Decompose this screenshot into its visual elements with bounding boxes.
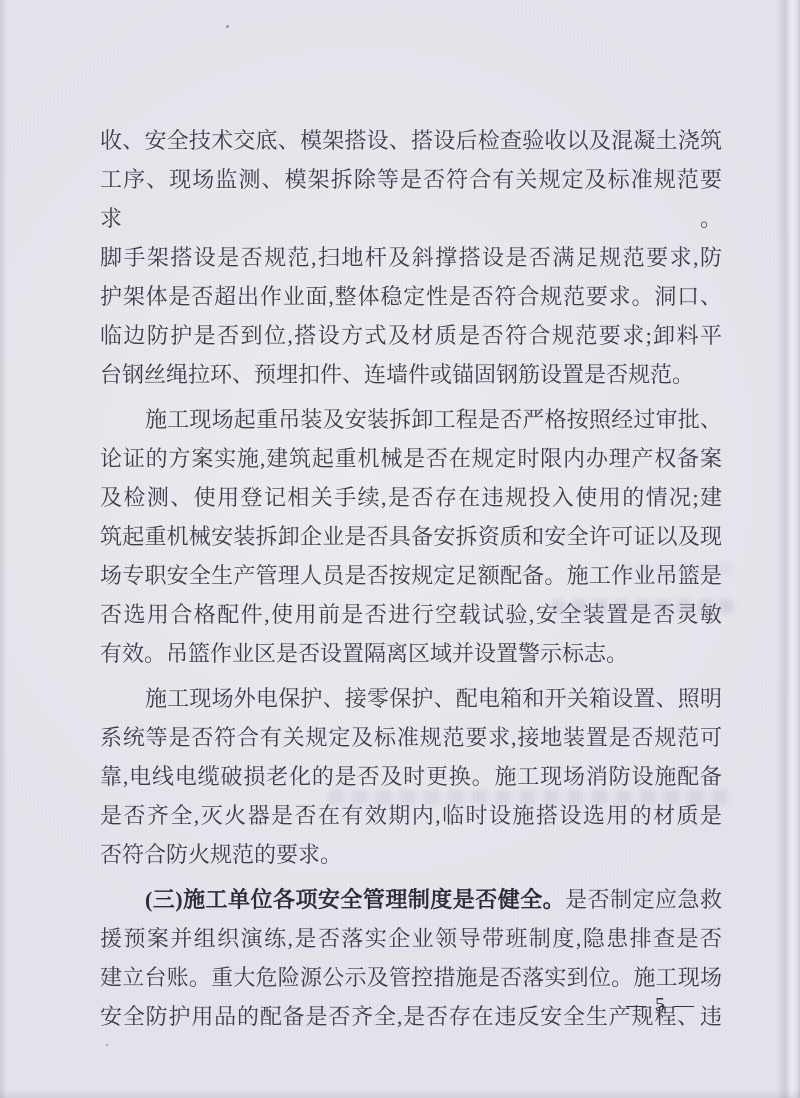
page-edge-shadow-left xyxy=(0,0,7,1098)
paragraph: 施工现场外电保护、接零保护、配电箱和开关箱设置、照明系统等是否符合有关规定及标准… xyxy=(100,679,722,874)
page-edge-shadow-right xyxy=(776,0,800,1098)
body-text: 台钢丝绳拉环、预埋扣件、连墙件或锚固钢筋设置是否规范。 xyxy=(100,362,694,387)
body-text: 临边防护是否到位,搭设方式及材质是否符合规范要求;卸料平 xyxy=(100,323,722,348)
paragraph: 收、安全技术交底、模架搭设、搭设后检查验收以及混凝土浇筑工序、现场监测、模架拆除… xyxy=(100,121,722,394)
text-line: 建立台账。重大危险源公示及管控措施是否落实到位。施工现场 xyxy=(100,958,722,997)
body-text: 脚手架搭设是否规范,扫地杆及斜撑搭设是否满足规范要求,防 xyxy=(100,245,722,270)
document-body: 收、安全技术交底、模架搭设、搭设后检查验收以及混凝土浇筑工序、现场监测、模架拆除… xyxy=(100,121,722,1036)
text-line: 临边防护是否到位,搭设方式及材质是否符合规范要求;卸料平 xyxy=(100,316,722,355)
body-text: 否符合防火规范的要求。 xyxy=(100,842,342,867)
body-text: 靠,电线电缆破损老化的是否及时更换。施工现场消防设施配备 xyxy=(100,764,722,789)
text-line: 及检测、使用登记相关手续,是否存在违规投入使用的情况;建 xyxy=(100,478,722,517)
text-line: 台钢丝绳拉环、预埋扣件、连墙件或锚固钢筋设置是否规范。 xyxy=(100,355,722,394)
text-line: 场专职安全生产管理人员是否按规定足额配备。施工作业吊篮是 xyxy=(100,556,722,595)
text-line: 筑起重机械安装拆卸企业是否具备安拆资质和安全许可证以及现 xyxy=(100,517,722,556)
text-line: 有效。吊篮作业区是否设置隔离区域并设置警示标志。 xyxy=(100,634,722,673)
text-line: 论证的方案实施,建筑起重机械是否在规定时限内办理产权备案 xyxy=(100,439,722,478)
body-text: 援预案并组织演练,是否落实企业领导带班制度,隐患排查是否 xyxy=(100,926,722,951)
body-text: 系统等是否符合有关规定及标准规范要求,接地装置是否规范可 xyxy=(100,725,722,750)
text-line: 护架体是否超出作业面,整体稳定性是否符合规范要求。洞口、 xyxy=(100,277,722,316)
text-line: 脚手架搭设是否规范,扫地杆及斜撑搭设是否满足规范要求,防 xyxy=(100,238,722,277)
body-text: 论证的方案实施,建筑起重机械是否在规定时限内办理产权备案 xyxy=(100,446,722,471)
text-line: 否选用合格配件,使用前是否进行空载试验,安全装置是否灵敏 xyxy=(100,595,722,634)
body-text: 护架体是否超出作业面,整体稳定性是否符合规范要求。洞口、 xyxy=(100,284,722,309)
body-text: 否选用合格配件,使用前是否进行空载试验,安全装置是否灵敏 xyxy=(100,602,722,627)
text-line: 否符合防火规范的要求。 xyxy=(100,835,722,874)
text-line: (三)施工单位各项安全管理制度是否健全。是否制定应急救 xyxy=(100,880,722,919)
text-line: 工序、现场监测、模架拆除等是否符合有关规定及标准规范要求。 xyxy=(100,160,722,238)
text-line: 系统等是否符合有关规定及标准规范要求,接地装置是否规范可 xyxy=(100,718,722,757)
body-text: 有效。吊篮作业区是否设置隔离区域并设置警示标志。 xyxy=(100,641,628,666)
body-text: 是否制定应急救 xyxy=(565,887,722,912)
body-text: 收、安全技术交底、模架搭设、搭设后检查验收以及混凝土浇筑 xyxy=(100,128,722,153)
body-text: 施工现场起重吊装及安装拆卸工程是否严格按照经过审批、 xyxy=(145,407,722,432)
scan-speck xyxy=(106,1044,108,1046)
body-text: 施工现场外电保护、接零保护、配电箱和开关箱设置、照明 xyxy=(145,686,722,711)
page-edge-shadow-bottom xyxy=(0,1089,800,1098)
text-line: 施工现场起重吊装及安装拆卸工程是否严格按照经过审批、 xyxy=(100,400,722,439)
scan-speck xyxy=(226,25,229,28)
body-text: 建立台账。重大危险源公示及管控措施是否落实到位。施工现场 xyxy=(100,965,722,990)
text-line: 是否齐全,灭火器是否在有效期内,临时设施搭设选用的材质是 xyxy=(100,796,722,835)
page-number: — 5 — xyxy=(626,994,696,1017)
body-text: 工序、现场监测、模架拆除等是否符合有关规定及标准规范要求。 xyxy=(100,167,722,231)
section-heading-text: (三)施工单位各项安全管理制度是否健全。 xyxy=(145,887,565,912)
paragraph: 施工现场起重吊装及安装拆卸工程是否严格按照经过审批、论证的方案实施,建筑起重机械… xyxy=(100,400,722,673)
text-line: 收、安全技术交底、模架搭设、搭设后检查验收以及混凝土浇筑 xyxy=(100,121,722,160)
text-line: 施工现场外电保护、接零保护、配电箱和开关箱设置、照明 xyxy=(100,679,722,718)
body-text: 场专职安全生产管理人员是否按规定足额配备。施工作业吊篮是 xyxy=(100,563,722,588)
body-text: 是否齐全,灭火器是否在有效期内,临时设施搭设选用的材质是 xyxy=(100,803,722,828)
scanned-page: 收、安全技术交底、模架搭设、搭设后检查验收以及混凝土浇筑工序、现场监测、模架拆除… xyxy=(0,0,800,1098)
text-line: 靠,电线电缆破损老化的是否及时更换。施工现场消防设施配备 xyxy=(100,757,722,796)
text-line: 援预案并组织演练,是否落实企业领导带班制度,隐患排查是否 xyxy=(100,919,722,958)
body-text: 筑起重机械安装拆卸企业是否具备安拆资质和安全许可证以及现 xyxy=(100,524,722,549)
body-text: 及检测、使用登记相关手续,是否存在违规投入使用的情况;建 xyxy=(100,485,722,510)
